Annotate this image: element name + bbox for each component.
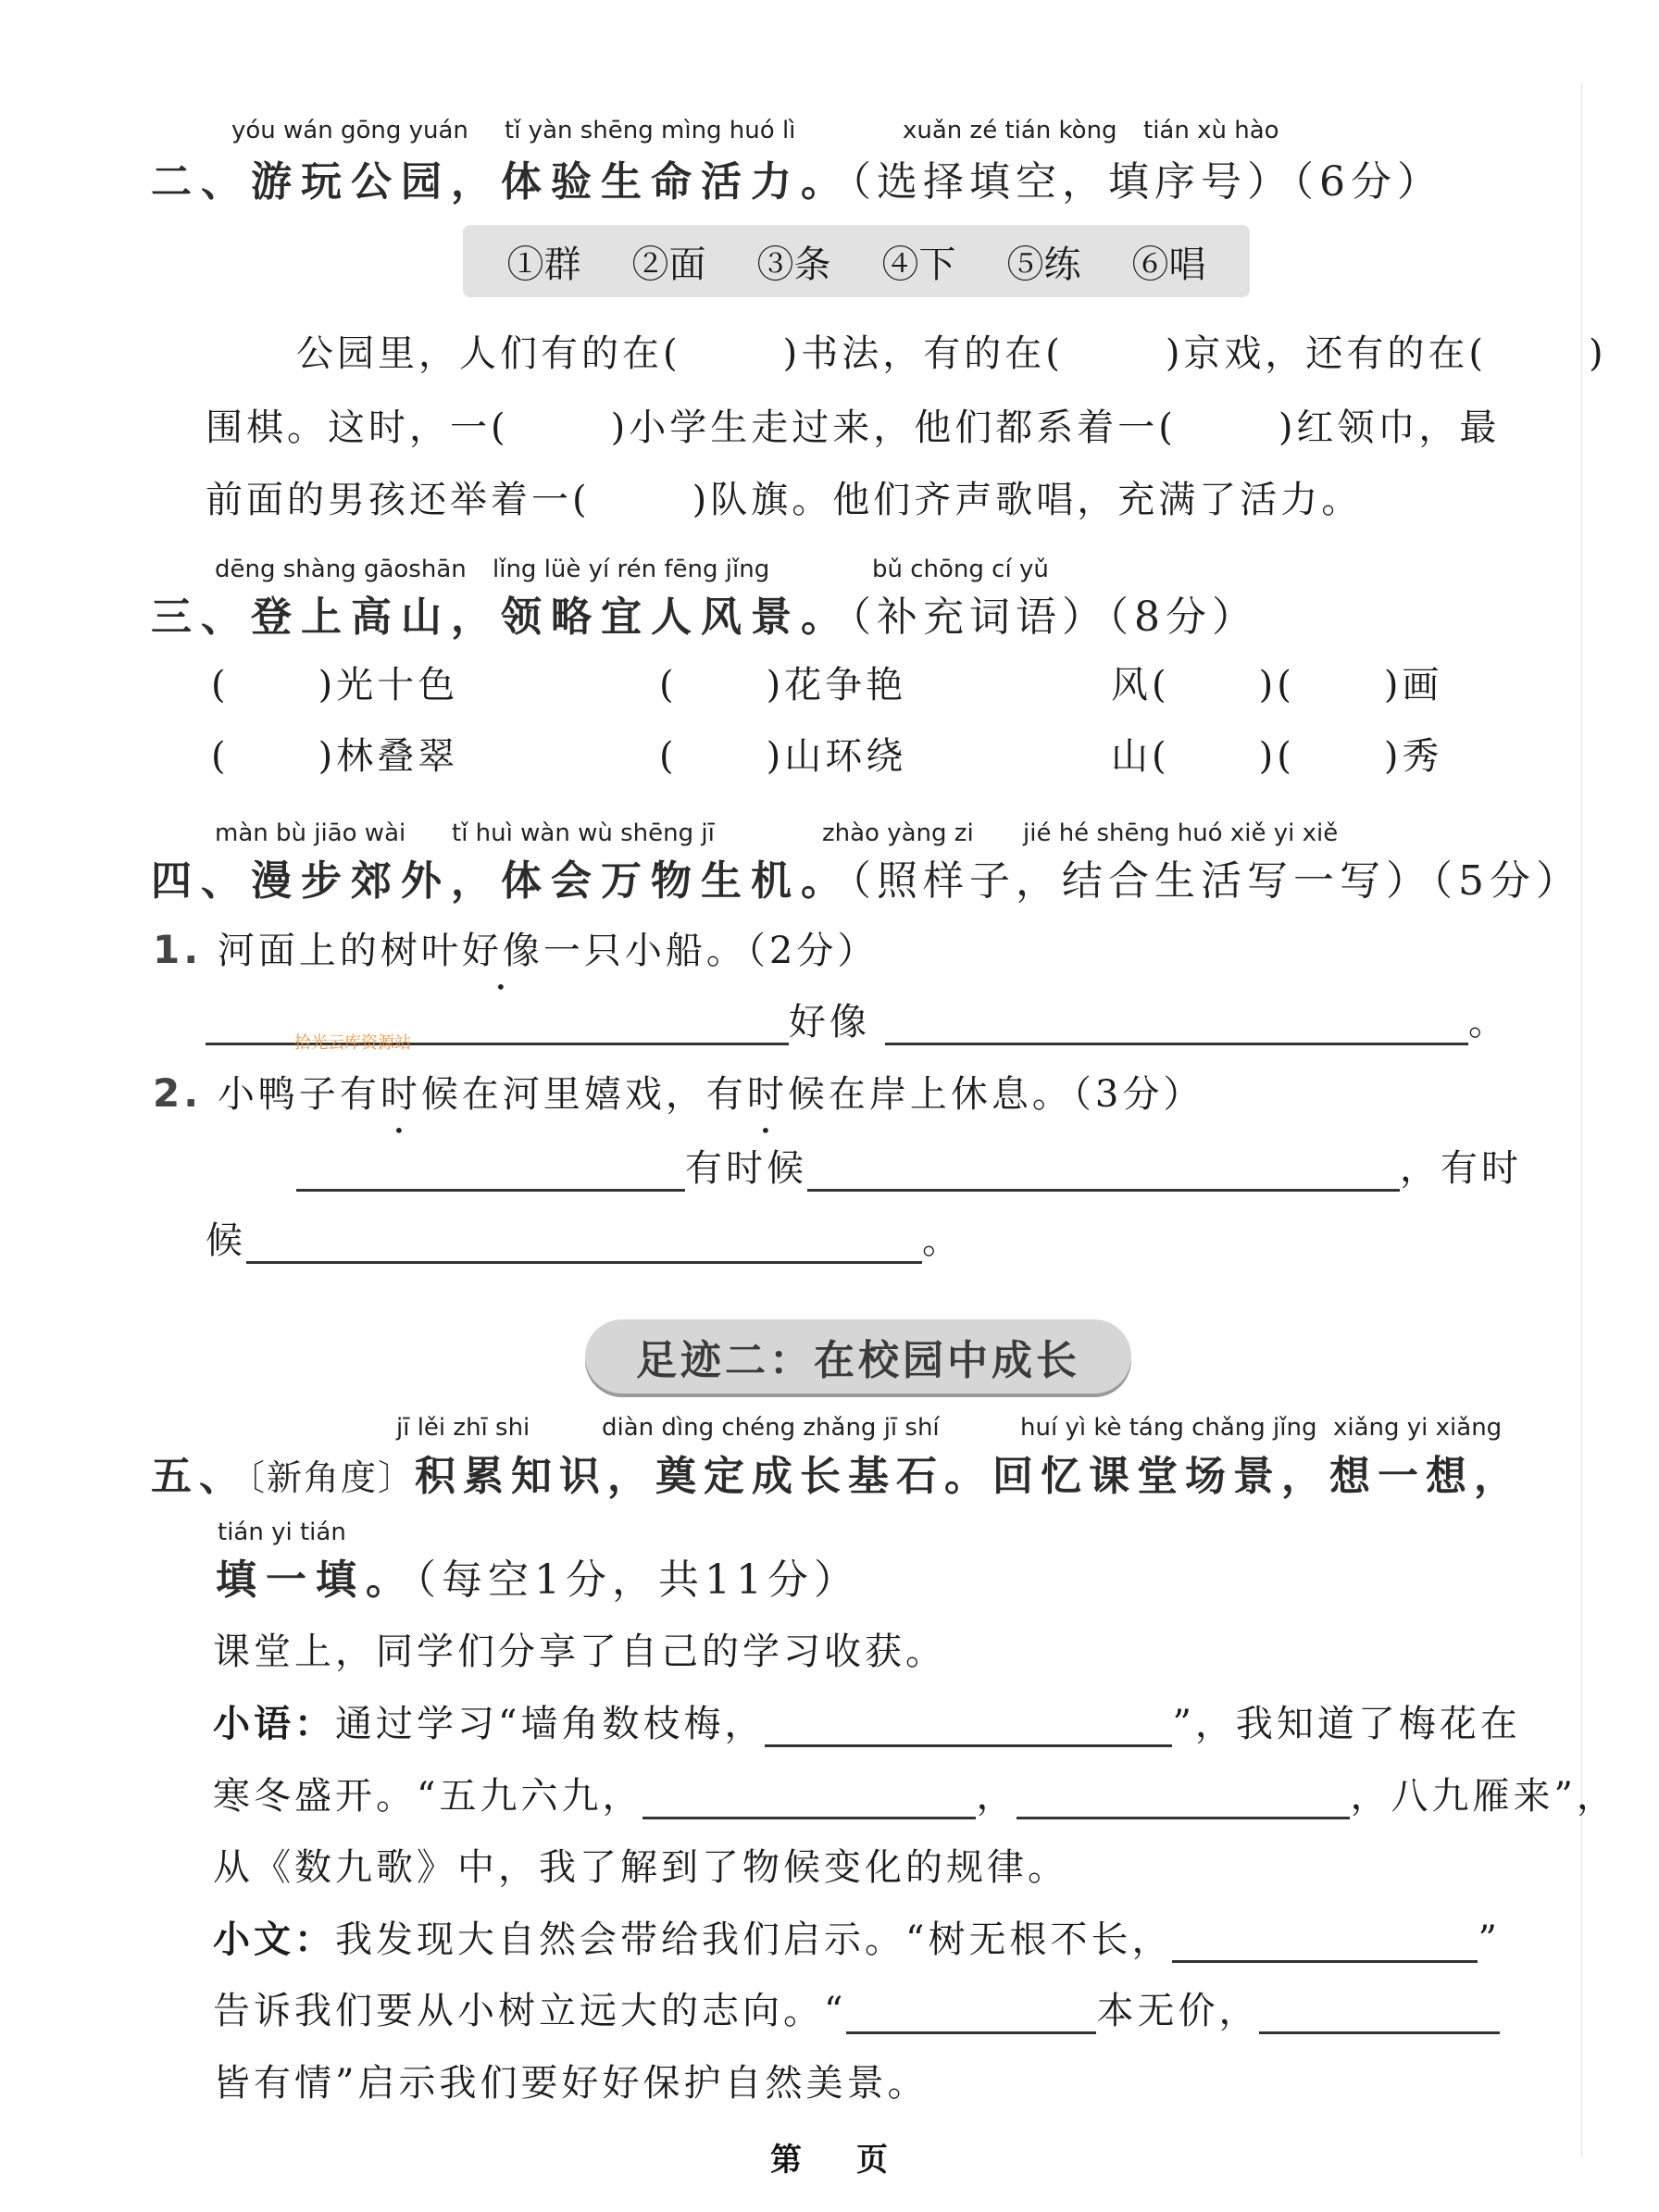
answer-underline[interactable]: [1172, 1923, 1478, 1963]
answer-underline[interactable]: [246, 1224, 922, 1264]
text: (: [211, 735, 230, 778]
page-label-right: 页: [856, 2134, 888, 2180]
text: 小鸭子: [218, 1073, 340, 1116]
text: )京戏，还有的在(: [1166, 332, 1487, 375]
text: 一只小船。（2分）: [543, 930, 878, 972]
word-bank: ①群 ②面 ③条 ④下 ⑤练 ⑥唱: [463, 225, 1250, 297]
pinyin: zhào yàng zi: [822, 819, 974, 847]
pinyin: màn bù jiāo wài: [215, 819, 405, 847]
section-3-instruction: （补充词语）（8分）: [851, 594, 1258, 641]
text: ”，我知道了梅花在: [1172, 1703, 1520, 1745]
text: )(: [1259, 664, 1295, 706]
text: 围棋。这时，一(: [206, 406, 509, 449]
pinyin: tián yi tián: [218, 1518, 346, 1546]
new-angle-tag: 〔新角度〕: [247, 1457, 415, 1498]
pinyin: xiǎng yi xiǎng: [1333, 1414, 1502, 1442]
page-edge: [1581, 83, 1582, 2156]
idiom-item: ()花争艳: [659, 656, 906, 708]
pinyin: jī lěi zhī shi: [396, 1414, 530, 1442]
answer-line-3: 候。: [206, 1211, 963, 1264]
pinyin: jié hé shēng huó xiě yi xiě: [1023, 819, 1338, 847]
answer-underline[interactable]: [885, 1006, 1468, 1045]
text: )红领巾，最: [1279, 406, 1501, 449]
text: 本无价，: [1096, 1990, 1259, 2032]
section-5-heading: 五、〔新角度〕积累知识，奠定成长基石。回忆课堂场景，想一想，: [151, 1443, 1522, 1502]
idiom-item: ()林叠翠: [211, 727, 458, 780]
xiaoyu-line-3: 从《数九歌》中，我了解到了物候变化的规律。: [213, 1838, 1068, 1891]
emphasis-dots: 有时候: [706, 1065, 829, 1118]
text: (: [211, 664, 230, 706]
text: 。: [1468, 1001, 1509, 1044]
text: 五、: [151, 1453, 247, 1500]
word-option-1: ①群: [507, 235, 581, 288]
text: 好像: [789, 1001, 870, 1044]
section-2-title: 二、游玩公园，体验生命活力。: [151, 158, 851, 206]
word-option-3: ③条: [757, 235, 831, 288]
answer-underline[interactable]: [1017, 1780, 1350, 1819]
pinyin: tǐ huì wàn wù shēng jī: [452, 819, 715, 847]
text: ”: [1478, 1918, 1500, 1961]
passage-line-1: 公园里，人们有的在()书法，有的在()京戏，还有的在(): [296, 324, 1607, 377]
text: 好像: [462, 930, 543, 972]
pinyin: xuǎn zé tián kòng: [903, 117, 1117, 144]
pinyin: lǐng lüè yí rén fēng jǐng: [493, 556, 769, 583]
xiaowen-line-1: 小文：我发现大自然会带给我们启示。“树无根不长，”: [213, 1910, 1501, 1963]
xiaowen-line-3: 皆有情”启示我们要好好保护自然美景。: [213, 2054, 928, 2106]
text: )花争艳: [767, 664, 907, 706]
answer-underline[interactable]: [807, 1152, 1400, 1192]
text: ，八九雁来”，: [1350, 1775, 1616, 1818]
text: 前面的男孩还举着一(: [206, 479, 591, 521]
text: ): [1589, 332, 1607, 375]
pinyin: bǔ chōng cí yǔ: [872, 556, 1049, 583]
text: 风(: [1111, 664, 1170, 706]
section-5-heading-line-2: 填一填。（每空1分，共11分）: [216, 1546, 860, 1606]
answer-underline[interactable]: [206, 1006, 789, 1045]
text: )(: [1259, 735, 1295, 778]
text: 有时候: [340, 1073, 462, 1116]
text: )林叠翠: [318, 735, 459, 778]
text: )山环绕: [767, 735, 907, 778]
passage-line-2: 围棋。这时，一()小学生走过来，他们都系着一()红领巾，最: [206, 398, 1500, 451]
text: 有时候: [685, 1147, 807, 1190]
text: 公园里，人们有的在(: [296, 332, 681, 375]
text: 在岸上休息。（3分）: [829, 1073, 1204, 1116]
section-4-heading: 四、漫步郊外，体会万物生机。（照样子，结合生活写一写）（5分）: [151, 847, 1582, 906]
answer-underline[interactable]: [642, 1780, 976, 1819]
section-2-instruction: （选择填空，填序号）（6分）: [851, 158, 1443, 206]
section-5-instruction: （每空1分，共11分）: [416, 1556, 860, 1604]
text: 通过学习“墙角数枝梅，: [335, 1703, 765, 1745]
text: 在河里嬉戏，: [462, 1073, 706, 1116]
passage-line-3: 前面的男孩还举着一()队旗。他们齐声歌唱，充满了活力。: [206, 470, 1362, 523]
text: (: [659, 735, 678, 778]
section-4-title: 四、漫步郊外，体会万物生机。: [151, 857, 851, 905]
text: 寒冬盛开。“五九六九，: [213, 1775, 642, 1818]
pinyin: tián xù hào: [1143, 117, 1279, 144]
answer-underline[interactable]: [296, 1152, 685, 1192]
section-2-heading: 二、游玩公园，体验生命活力。（选择填空，填序号）（6分）: [151, 148, 1443, 207]
text: 山(: [1111, 735, 1170, 778]
word-option-5: ⑤练: [1007, 235, 1081, 288]
answer-underline[interactable]: [765, 1707, 1172, 1747]
text: 告诉我们要从小树立远大的志向。“: [213, 1990, 846, 2032]
intro-text: 课堂上，同学们分享了自己的学习收获。: [213, 1622, 946, 1675]
text: ，有时: [1400, 1147, 1522, 1190]
text: 我发现大自然会带给我们启示。“树无根不长，: [335, 1918, 1172, 1961]
idiom-item: ()山环绕: [659, 727, 906, 780]
question-2: 2. 小鸭子有时候在河里嬉戏，有时候在岸上休息。（3分）: [153, 1065, 1204, 1118]
question-number: 2.: [153, 1070, 202, 1116]
text: (: [659, 664, 678, 706]
xiaoyu-line-2: 寒冬盛开。“五九六九，，，八九雁来”，: [213, 1767, 1617, 1819]
answer-underline[interactable]: [1259, 1994, 1500, 2034]
pinyin: tǐ yàn shēng mìng huó lì: [505, 117, 795, 144]
text: )光十色: [318, 664, 459, 706]
section-banner: 足迹二：在校园中成长: [585, 1319, 1131, 1393]
watermark: 拾光云库资源站: [294, 1030, 411, 1054]
section-3-heading: 三、登上高山，领略宜人风景。（补充词语）（8分）: [151, 583, 1258, 643]
page-label-left: 第: [770, 2134, 802, 2180]
text: 。: [922, 1219, 963, 1262]
section-4-instruction: （照样子，结合生活写一写）（5分）: [851, 857, 1582, 905]
text: )画: [1384, 664, 1443, 706]
text: 河面上的树叶: [218, 930, 462, 972]
text: 填一填。: [216, 1556, 416, 1604]
emphasis-dots: 好像: [462, 921, 543, 974]
speaker-name: 小语：: [213, 1703, 335, 1745]
word-option-2: ②面: [632, 235, 706, 288]
question-1: 1. 河面上的树叶好像一只小船。（2分）: [153, 921, 878, 974]
text: 有时候: [706, 1073, 829, 1116]
pinyin: huí yì kè táng chǎng jǐng: [1020, 1414, 1316, 1442]
idiom-item: 山()()秀: [1111, 727, 1442, 780]
pinyin: dēng shàng gāoshān: [215, 556, 467, 583]
xiaoyu-line-1: 小语：通过学习“墙角数枝梅，”，我知道了梅花在: [213, 1694, 1521, 1747]
text: 候: [206, 1219, 246, 1262]
pinyin: diàn dìng chéng zhǎng jī shí: [602, 1414, 940, 1442]
text: )队旗。他们齐声歌唱，充满了活力。: [692, 479, 1363, 521]
pinyin: yóu wán gōng yuán: [231, 117, 468, 144]
answer-underline[interactable]: [846, 1994, 1096, 2034]
word-option-6: ⑥唱: [1132, 235, 1206, 288]
section-5-title: 积累知识，奠定成长基石。回忆课堂场景，想一想，: [415, 1453, 1522, 1500]
xiaowen-line-2: 告诉我们要从小树立远大的志向。“本无价，: [213, 1981, 1500, 2034]
speaker-name: 小文：: [213, 1918, 335, 1961]
word-option-4: ④下: [882, 235, 956, 288]
answer-line-2: 有时候，有时: [296, 1139, 1522, 1192]
idiom-item: ()光十色: [211, 656, 458, 708]
question-number: 1.: [153, 927, 202, 972]
text: )小学生走过来，他们都系着一(: [611, 406, 1177, 449]
text: )秀: [1384, 735, 1443, 778]
section-3-title: 三、登上高山，领略宜人风景。: [151, 594, 851, 641]
text: )书法，有的在(: [783, 332, 1064, 375]
text: ，: [976, 1775, 1017, 1818]
emphasis-dots: 有时候: [340, 1065, 462, 1118]
idiom-item: 风()()画: [1111, 656, 1442, 708]
